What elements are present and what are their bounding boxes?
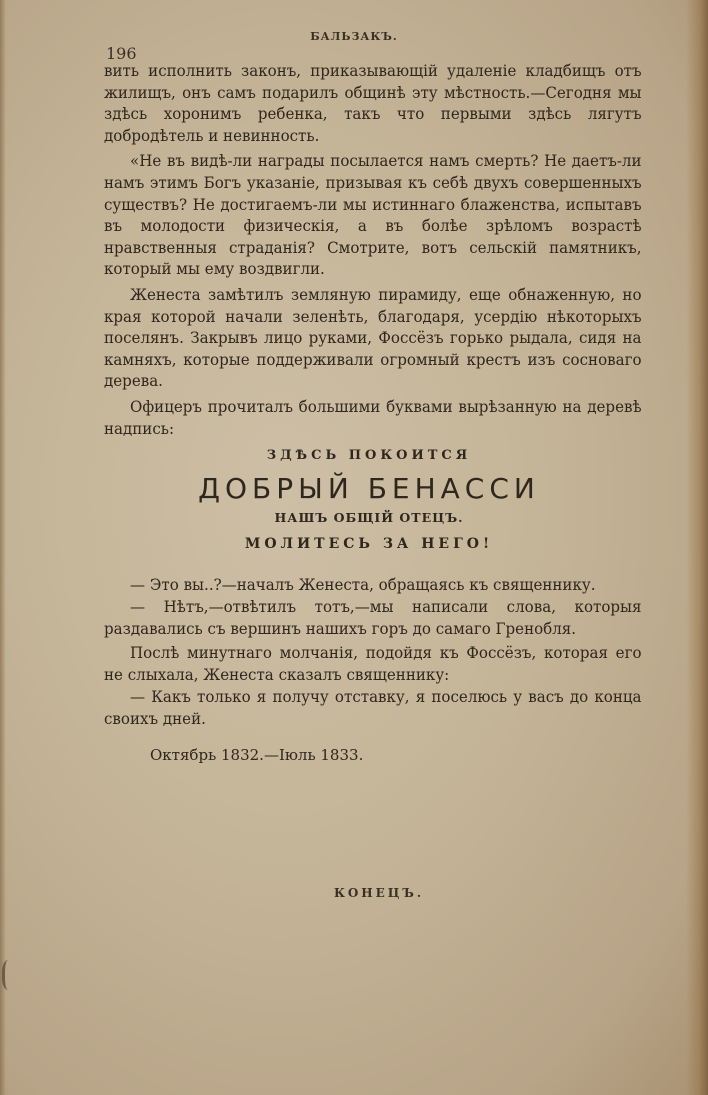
inscription-line-3: НАШЪ ОБЩІЙ ОТЕЦЪ. [0, 510, 708, 525]
dialogue-line: — Это вы..?—началъ Женеста, обращаясь къ… [104, 574, 642, 596]
inscription-line-4: МОЛИТЕСЬ ЗА НЕГО! [0, 536, 708, 552]
paragraph: Послѣ минутнаго молчанія, подойдя къ Фос… [104, 642, 642, 686]
inscription-line-1: ЗДѢСЬ ПОКОИТСЯ [0, 448, 708, 463]
margin-stain [2, 960, 17, 990]
body-text-block-1: вить исполнить законъ, приказывающій уда… [104, 60, 642, 439]
book-page: БАЛЬЗАКЪ. 196 вить исполнить законъ, при… [0, 0, 708, 1095]
paragraph: вить исполнить законъ, приказывающій уда… [104, 60, 642, 146]
paragraph: Женеста замѣтилъ земляную пирамиду, еще … [104, 284, 642, 392]
inscription-title: ДОБРЫЙ БЕНАССИ [0, 472, 708, 505]
running-head: БАЛЬЗАКЪ. [0, 30, 708, 43]
body-text-block-2: — Это вы..?—началъ Женеста, обращаясь къ… [104, 574, 642, 730]
dialogue-line: — Нѣтъ,—отвѣтилъ тотъ,—мы написали слова… [104, 596, 642, 640]
dialogue-line: — Какъ только я получу отставку, я посел… [104, 686, 642, 730]
dateline: Октябрь 1832.—Іюль 1833. [150, 746, 363, 764]
paragraph: Офицеръ прочиталъ большими буквами вырѣз… [104, 396, 642, 439]
paragraph: «Не въ видѣ-ли награды посылается намъ с… [104, 150, 642, 280]
the-end-label: КОНЕЦЪ. [0, 886, 708, 900]
